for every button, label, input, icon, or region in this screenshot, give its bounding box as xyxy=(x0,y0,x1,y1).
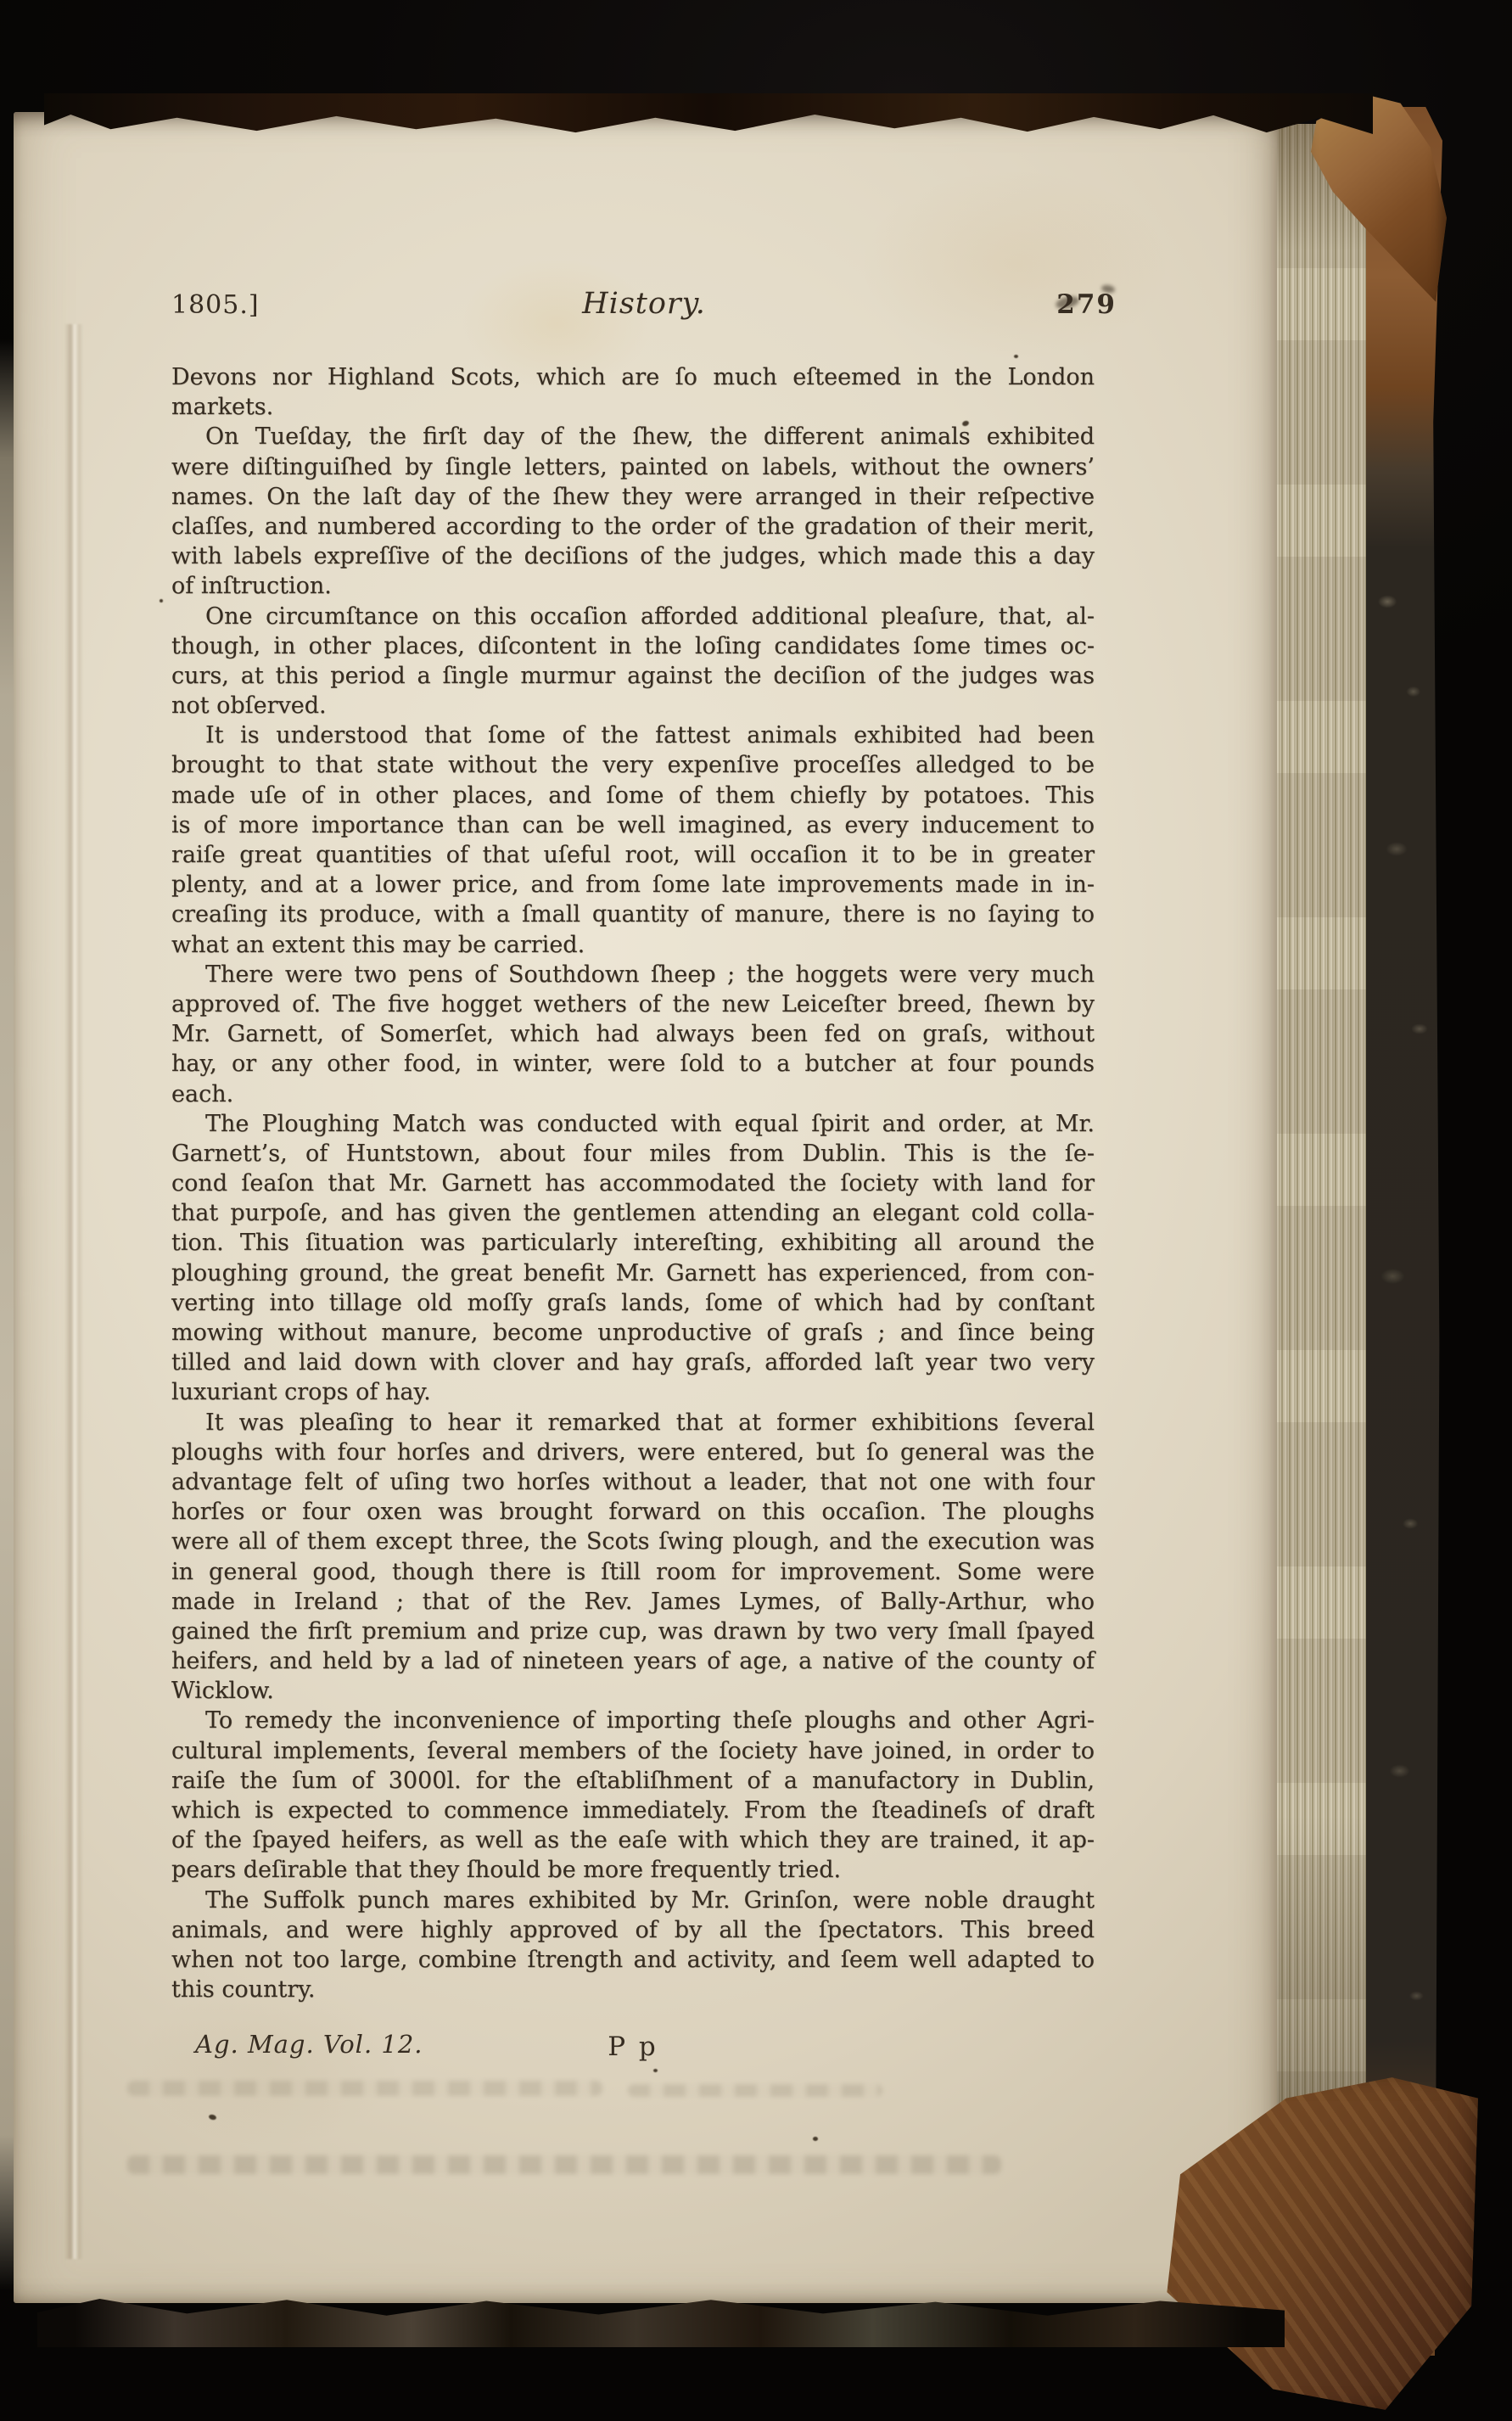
text-line: One circumſtance on this occaſion afford… xyxy=(171,602,1095,631)
text-line: On Tueſday, the firſt day of the ſhew, t… xyxy=(171,422,1095,451)
bleed-through-text xyxy=(628,2084,882,2097)
paragraph: The Suffolk punch mares exhibited by Mr.… xyxy=(171,1886,1095,2005)
paragraph: It is understood that ſome of the fattes… xyxy=(171,720,1095,960)
text-line: To remedy the inconvenience of importing… xyxy=(171,1706,1095,1735)
bleed-through-text xyxy=(127,2155,1001,2174)
text-line: raiſe great quantities of that uſeful ro… xyxy=(171,840,1095,870)
volume-label: Ag. Mag. Vol. 12. xyxy=(195,2030,423,2059)
text-column: 1805.] History. 279 Devons nor Highland … xyxy=(171,287,1095,2067)
page-number: 279 xyxy=(706,289,1117,320)
cover-board-marbled xyxy=(1366,107,1442,2356)
text-line: ploughs with four horſes and drivers, we… xyxy=(171,1437,1095,1467)
text-line: tion. This ſituation was particularly in… xyxy=(171,1228,1095,1258)
paragraph: On Tueſday, the firſt day of the ſhew, t… xyxy=(171,422,1095,601)
text-line: animals, and were highly approved of by … xyxy=(171,1915,1095,1945)
text-line: plenty, and at a lower price, and from ſ… xyxy=(171,870,1095,899)
text-line: heifers, and held by a lad of nineteen y… xyxy=(171,1646,1095,1676)
page-footer: Ag. Mag. Vol. 12. P p xyxy=(171,2030,1095,2067)
ink-speck xyxy=(160,599,163,602)
paragraph: There were two pens of Southdown ſheep ;… xyxy=(171,960,1095,1109)
text-body: Devons nor Highland Scots, which are ſo … xyxy=(171,362,1095,2004)
text-line: is of more importance than can be well i… xyxy=(171,810,1095,840)
text-line: There were two pens of Southdown ſheep ;… xyxy=(171,960,1095,989)
text-line: brought to that state without the very e… xyxy=(171,750,1095,780)
text-line: not obſerved. xyxy=(171,691,1095,720)
text-line: The Suffolk punch mares exhibited by Mr.… xyxy=(171,1886,1095,1915)
fore-edge-page-stack xyxy=(1277,124,1370,2186)
text-line: that purpoſe, and has given the gentleme… xyxy=(171,1198,1095,1228)
text-line: were diſtinguiſhed by ſingle letters, pa… xyxy=(171,452,1095,482)
text-line: tilled and laid down with clover and hay… xyxy=(171,1348,1095,1377)
text-line: what an extent this may be carried. xyxy=(171,930,1095,960)
text-line: Devons nor Highland Scots, which are ſo … xyxy=(171,362,1095,392)
text-line: curs, at this period a ſingle murmur aga… xyxy=(171,661,1095,691)
signature-mark: P p xyxy=(608,2032,658,2062)
text-line: gained the firſt premium and prize cup, … xyxy=(171,1617,1095,1646)
text-line: advantage felt of uſing two horſes witho… xyxy=(171,1467,1095,1497)
text-line: names. On the laſt day of the ſhew they … xyxy=(171,482,1095,512)
text-line: approved of. The five hogget wethers of … xyxy=(171,989,1095,1019)
gutter-crease xyxy=(64,324,83,2259)
text-line: Garnett’s, of Huntstown, about four mile… xyxy=(171,1139,1095,1168)
running-header: 1805.] History. 279 xyxy=(171,287,1095,321)
text-line: raiſe the ſum of 3000l. for the eſtabliſ… xyxy=(171,1766,1095,1796)
text-line: though, in other places, diſcontent in t… xyxy=(171,631,1095,661)
text-line: luxuriant crops of hay. xyxy=(171,1377,1095,1407)
paragraph: To remedy the inconvenience of importing… xyxy=(171,1706,1095,1885)
paragraph: The Ploughing Match was conducted with e… xyxy=(171,1109,1095,1408)
text-line: The Ploughing Match was conducted with e… xyxy=(171,1109,1095,1139)
opposite-page-edge xyxy=(0,339,14,2291)
text-line: each. xyxy=(171,1079,1095,1109)
text-line: pears deſirable that they ſhould be more… xyxy=(171,1855,1095,1885)
text-line: of inſtruction. xyxy=(171,571,1095,601)
text-line: Mr. Garnett, of Somerſet, which had alwa… xyxy=(171,1019,1095,1049)
text-line: cond ſeaſon that Mr. Garnett has accommo… xyxy=(171,1168,1095,1198)
text-line: made uſe of in other places, and ſome of… xyxy=(171,781,1095,810)
paragraph: It was pleaſing to hear it remarked that… xyxy=(171,1408,1095,1706)
text-line: this country. xyxy=(171,1975,1095,2004)
text-line: ploughing ground, the great benefit Mr. … xyxy=(171,1258,1095,1288)
paragraph: Devons nor Highland Scots, which are ſo … xyxy=(171,362,1095,422)
paragraph: One circumſtance on this occaſion afford… xyxy=(171,602,1095,721)
bleed-through-text xyxy=(127,2081,602,2096)
text-line: in general good, though there is ſtill r… xyxy=(171,1557,1095,1587)
text-line: cultural implements, ſeveral members of … xyxy=(171,1736,1095,1766)
book-scan-photo: 1805.] History. 279 Devons nor Highland … xyxy=(0,0,1512,2421)
text-line: when not too large, combine ſtrength and… xyxy=(171,1945,1095,1975)
text-line: made in Ireland ; that of the Rev. James… xyxy=(171,1587,1095,1617)
text-line: creaſing its produce, with a ſmall quant… xyxy=(171,899,1095,929)
text-line: Wicklow. xyxy=(171,1676,1095,1706)
text-line: of the ſpayed heifers, as well as the ea… xyxy=(171,1825,1095,1855)
text-line: which is expected to commence immediatel… xyxy=(171,1796,1095,1825)
text-line: claſſes, and numbered according to the o… xyxy=(171,512,1095,541)
ink-speck xyxy=(653,2069,658,2072)
text-line: horſes or four oxen was brought forward … xyxy=(171,1497,1095,1527)
text-line: markets. xyxy=(171,392,1095,422)
text-line: verting into tillage old moſſy graſs lan… xyxy=(171,1288,1095,1318)
ink-speck xyxy=(813,2137,818,2141)
text-line: mowing without manure, become unproducti… xyxy=(171,1318,1095,1348)
text-line: were all of them except three, the Scots… xyxy=(171,1527,1095,1556)
header-title: History. xyxy=(582,287,706,321)
text-line: with labels expreſſive of the deciſions … xyxy=(171,541,1095,571)
text-line: It was pleaſing to hear it remarked that… xyxy=(171,1408,1095,1437)
text-line: It is understood that ſome of the fattes… xyxy=(171,720,1095,750)
header-year: 1805.] xyxy=(171,290,582,320)
text-line: hay, or any other food, in winter, were … xyxy=(171,1049,1095,1079)
